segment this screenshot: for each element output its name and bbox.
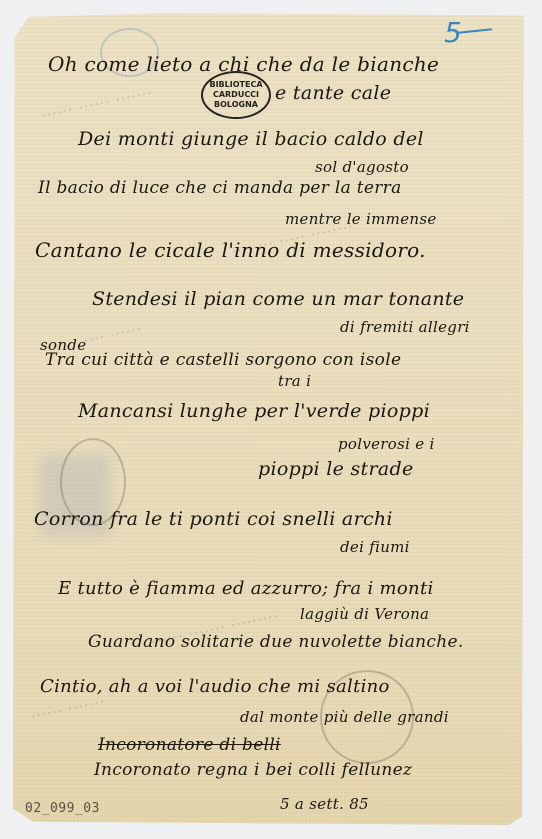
manuscript-line: di fremiti allegri <box>340 318 470 336</box>
manuscript-line: Tra cui città e castelli sorgono con iso… <box>45 350 401 370</box>
manuscript-line: Il bacio di luce che ci manda per la ter… <box>38 178 402 198</box>
stamp-line-2: CARDUCCI <box>213 90 259 100</box>
stamp-line-1: BIBLIOTECA <box>209 80 262 90</box>
manuscript-line: laggiù di Verona <box>300 605 429 623</box>
archive-id-label: 02_099_03 <box>25 801 100 816</box>
manuscript-line: dei fiumi <box>340 538 410 556</box>
manuscript-line: pioppi le strade <box>258 458 413 480</box>
manuscript-line: Cantano le cicale l'inno di messidoro. <box>35 238 426 262</box>
manuscript-line: e tante cale <box>275 82 391 104</box>
manuscript-line: Stendesi il pian come un mar tonante <box>92 288 464 310</box>
manuscript-line: Guardano solitarie due nuvolette bianche… <box>88 632 464 652</box>
manuscript-line: mentre le immense <box>285 210 437 228</box>
manuscript-line: Cintio, ah a voi l'audio che mi saltino <box>40 676 390 697</box>
manuscript-line: Oh come lieto a chi che da le bianche <box>48 52 439 76</box>
manuscript-date: 5 a sett. 85 <box>280 795 369 813</box>
library-stamp: BIBLIOTECA CARDUCCI BOLOGNA <box>201 71 271 119</box>
manuscript-line: dal monte più delle grandi <box>240 708 449 726</box>
manuscript-line: polverosi e i <box>338 435 435 453</box>
manuscript-line-struck: Incoronatore di belli <box>98 735 281 755</box>
manuscript-line: E tutto è fiamma ed azzurro; fra i monti <box>58 578 434 599</box>
manuscript-line: Corron fra le ti ponti coi snelli archi <box>34 508 393 530</box>
manuscript-line: Dei monti giunge il bacio caldo del <box>78 128 424 150</box>
stamp-line-3: BOLOGNA <box>214 100 258 110</box>
manuscript-line: Mancansi lunghe per l'verde pioppi <box>78 400 430 422</box>
manuscript-line: sol d'agosto <box>315 158 409 176</box>
manuscript-line: tra i <box>278 372 311 390</box>
manuscript-line: Incoronato regna i bei colli fellunez <box>94 760 412 780</box>
